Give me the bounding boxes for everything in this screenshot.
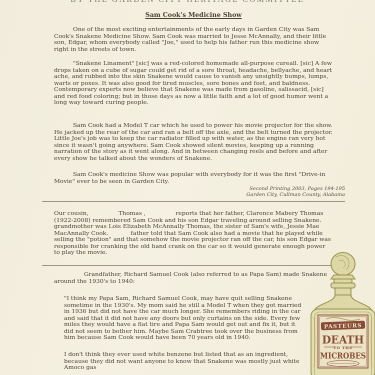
heritage-committee-header: BY THE GARDEN CITY HERITAGE COMMITTEE [0,0,375,4]
paragraph-intro: One of the most exciting entertainments … [54,27,333,53]
paragraph-drive-in: Sam Cook's medicine Show was popular wit… [54,172,333,185]
clipped-page-header: BY THE GARDEN CITY HERITAGE COMMITTEE [0,0,375,6]
bottle-stopper-bulb [331,253,355,276]
paragraph-linament: "Snakene Linament" [sic] was a red-color… [54,61,333,107]
bottle-label-text-microbes: MICROBES [320,352,366,362]
page-title: Sam Cook's Medicine Show [54,12,333,19]
citation-location: Garden City, Cullman County, Alabama [246,192,345,198]
source-citation: Second Printing 2003, Pages 194-195 Gard… [246,186,345,198]
scanned-page: BY THE GARDEN CITY HERITAGE COMMITTEE Sa… [0,0,375,375]
divider [42,201,345,202]
divider [42,265,345,266]
quote-papa-sam: "I think my Papa Sam, Richard Samuel Coo… [64,296,304,342]
medicine-bottle-illustration: PASTEURS DEATH TO THE MICROBES [306,251,375,375]
paragraph-model-t: Sam Cook had a Model T car which he used… [54,123,333,162]
paragraph-grandfather: Grandfather, Richard Samuel Cook (also r… [54,272,333,285]
quote-ingredients: I don't think they ever used white benze… [64,352,304,372]
paragraph-cousin: Our cousin, Thomas , reports that her fa… [54,211,333,257]
bottle-label-text-to-the: TO THE [333,345,352,350]
